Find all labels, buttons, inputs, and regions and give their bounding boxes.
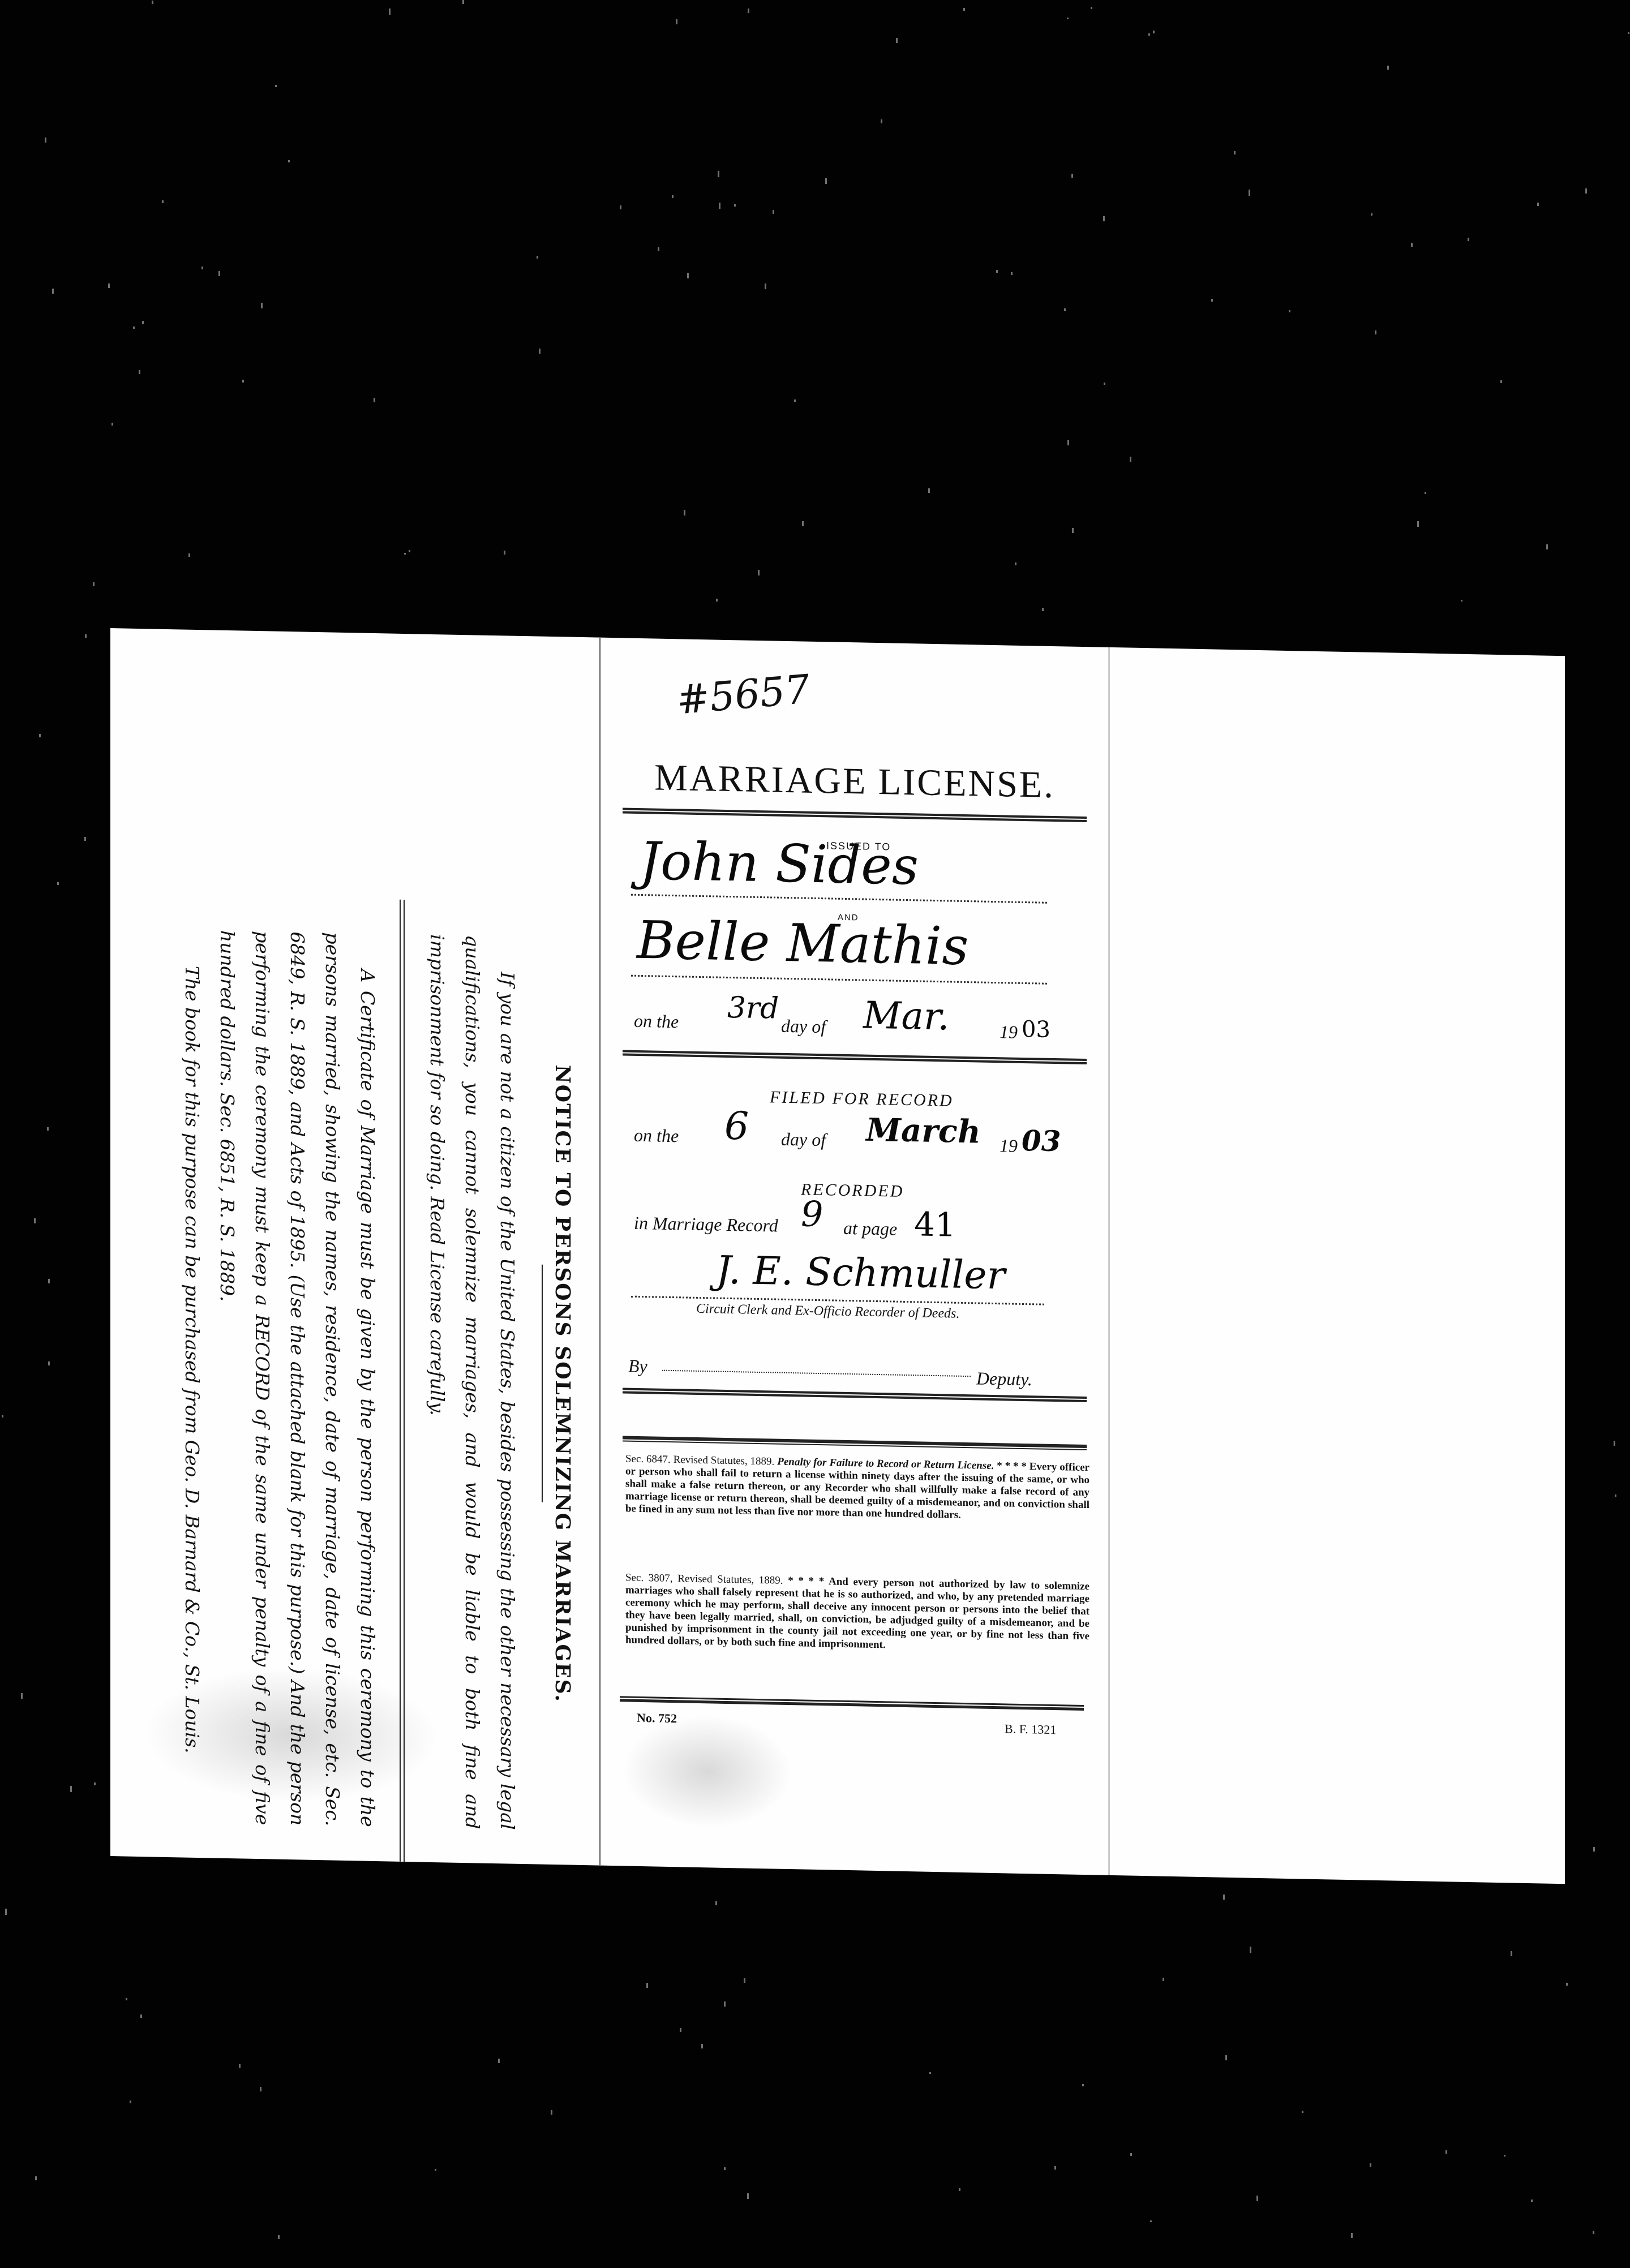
by-label: By: [628, 1356, 647, 1377]
statute-3807: Sec. 3807, Revised Statutes, 1889. * * *…: [625, 1571, 1089, 1655]
issued-day: 3rd: [727, 991, 779, 1026]
signature-caption: Circuit Clerk and Ex-Officio Recorder of…: [696, 1301, 959, 1322]
double-rule: [620, 1696, 1084, 1711]
marriage-record-label: in Marriage Record: [634, 1213, 778, 1236]
statute-6847: Sec. 6847. Revised Statutes, 1889. Penal…: [625, 1453, 1089, 1524]
title-rule: [542, 1265, 543, 1502]
double-rule: [623, 1050, 1087, 1064]
filed-day: 6: [724, 1104, 749, 1149]
form-number: No. 752: [637, 1711, 677, 1726]
groom-line: [631, 894, 1047, 904]
at-page-label: at page: [843, 1218, 897, 1240]
deputy-line: [662, 1370, 971, 1377]
license-panel: #5657 MARRIAGE LICENSE. ISSUED TO John S…: [600, 638, 1109, 1875]
marriage-record-book: 9: [801, 1193, 823, 1235]
filed-on-the-label: on the: [634, 1125, 679, 1147]
bride-line: [631, 975, 1047, 985]
marriage-license-document: NOTICE TO PERSONS SOLEMNIZING MARRIAGES.…: [110, 628, 1565, 1884]
bride-name: Belle Mathis: [637, 910, 969, 977]
statute-3807-body: * * * * And every person not authorized …: [625, 1575, 1089, 1651]
issued-day-of-label: day of: [781, 1016, 826, 1038]
stain: [623, 1713, 792, 1829]
blank-panel: [1109, 647, 1565, 1884]
filed-month: March: [866, 1111, 981, 1151]
issued-month: Mar.: [863, 994, 949, 1039]
license-number: #5657: [674, 666, 812, 724]
license-title: MARRIAGE LICENSE.: [634, 756, 1075, 807]
deputy-label: Deputy.: [976, 1368, 1032, 1390]
page-number: 41: [914, 1205, 956, 1244]
notice-panel: NOTICE TO PERSONS SOLEMNIZING MARRIAGES.…: [110, 628, 600, 1866]
notice-title: NOTICE TO PERSONS SOLEMNIZING MARRIAGES.: [551, 903, 574, 1865]
notice-paragraph-citizenship: If you are not a citizen of the United S…: [419, 934, 525, 1830]
notice-footer: The book for this purpose can be purchas…: [174, 929, 209, 1824]
double-rule: [623, 807, 1087, 822]
rotated-notice-text: NOTICE TO PERSONS SOLEMNIZING MARRIAGES.…: [133, 895, 574, 1865]
clerk-signature: J. E. Schmuller: [716, 1248, 1005, 1299]
form-code: B. F. 1321: [1005, 1721, 1056, 1737]
issued-on-the-label: on the: [634, 1011, 679, 1033]
filed-year: 03: [1022, 1124, 1061, 1158]
notice-paragraph-certificate: A Certificate of Marriage must be given …: [209, 930, 385, 1827]
double-rule: [623, 1388, 1087, 1402]
notice-divider: [400, 900, 405, 1862]
groom-name: John Sides: [640, 831, 919, 896]
filed-day-of-label: day of: [781, 1129, 826, 1151]
filed-heading: FILED FOR RECORD: [770, 1088, 954, 1110]
issued-year: 03: [1022, 1016, 1050, 1043]
filed-year-prefix: 19: [1000, 1135, 1018, 1157]
double-rule: [623, 1436, 1087, 1450]
issued-year-prefix: 19: [1000, 1021, 1018, 1043]
